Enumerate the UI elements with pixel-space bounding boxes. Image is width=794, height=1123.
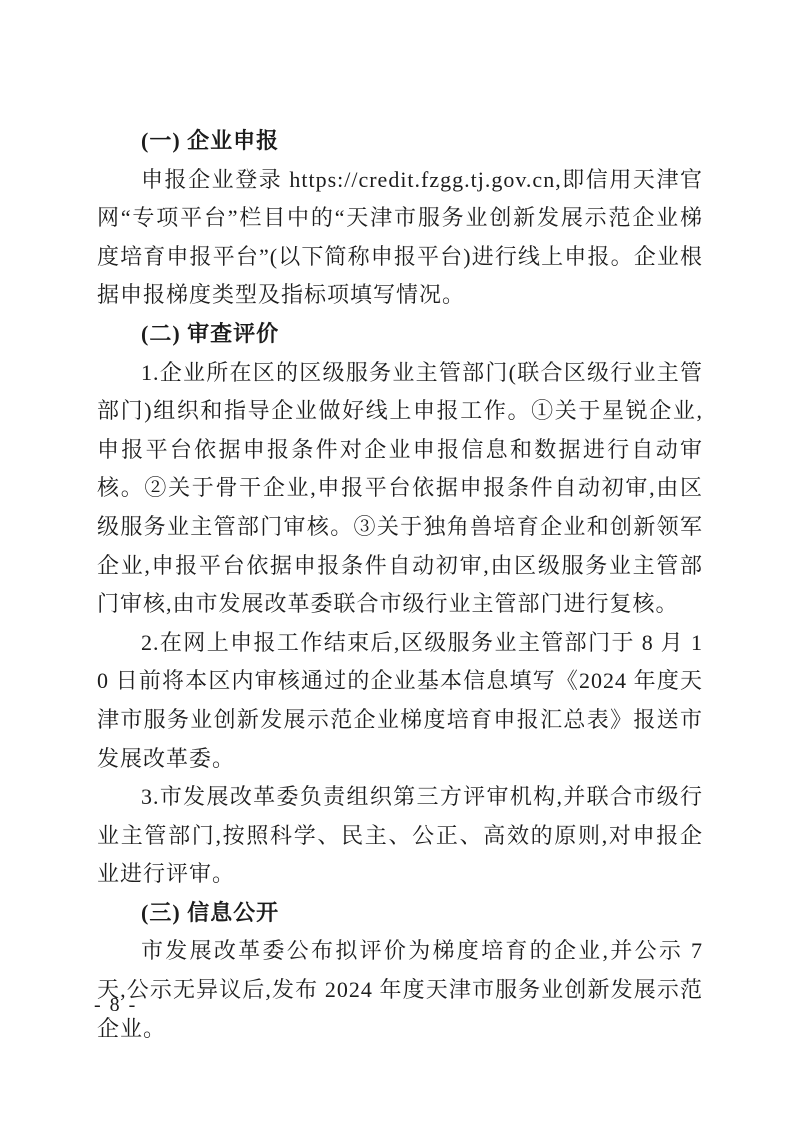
paragraph-publicity: 市发展改革委公布拟评价为梯度培育的企业,并公示 7 天,公示无异议后,发布 20… <box>97 932 703 1048</box>
section-heading-enterprise-application: (一) 企业申报 <box>97 122 703 161</box>
paragraph-review-step-1: 1.企业所在区的区级服务业主管部门(联合区级行业主管部门)组织和指导企业做好线上… <box>97 354 703 624</box>
paragraph-review-step-3: 3.市发展改革委负责组织第三方评审机构,并联合市级行业主管部门,按照科学、民主、… <box>97 778 703 894</box>
section-heading-review-evaluation: (二) 审查评价 <box>97 315 703 354</box>
page-number: - 8 - <box>94 994 137 1017</box>
section-heading-information-disclosure: (三) 信息公开 <box>97 894 703 933</box>
paragraph-review-step-2: 2.在网上申报工作结束后,区级服务业主管部门于 8 月 10 日前将本区内审核通… <box>97 624 703 778</box>
document-body: (一) 企业申报 申报企业登录 https://credit.fzgg.tj.g… <box>97 122 703 1048</box>
document-page: (一) 企业申报 申报企业登录 https://credit.fzgg.tj.g… <box>0 0 794 1123</box>
paragraph-application-platform: 申报企业登录 https://credit.fzgg.tj.gov.cn,即信用… <box>97 161 703 315</box>
